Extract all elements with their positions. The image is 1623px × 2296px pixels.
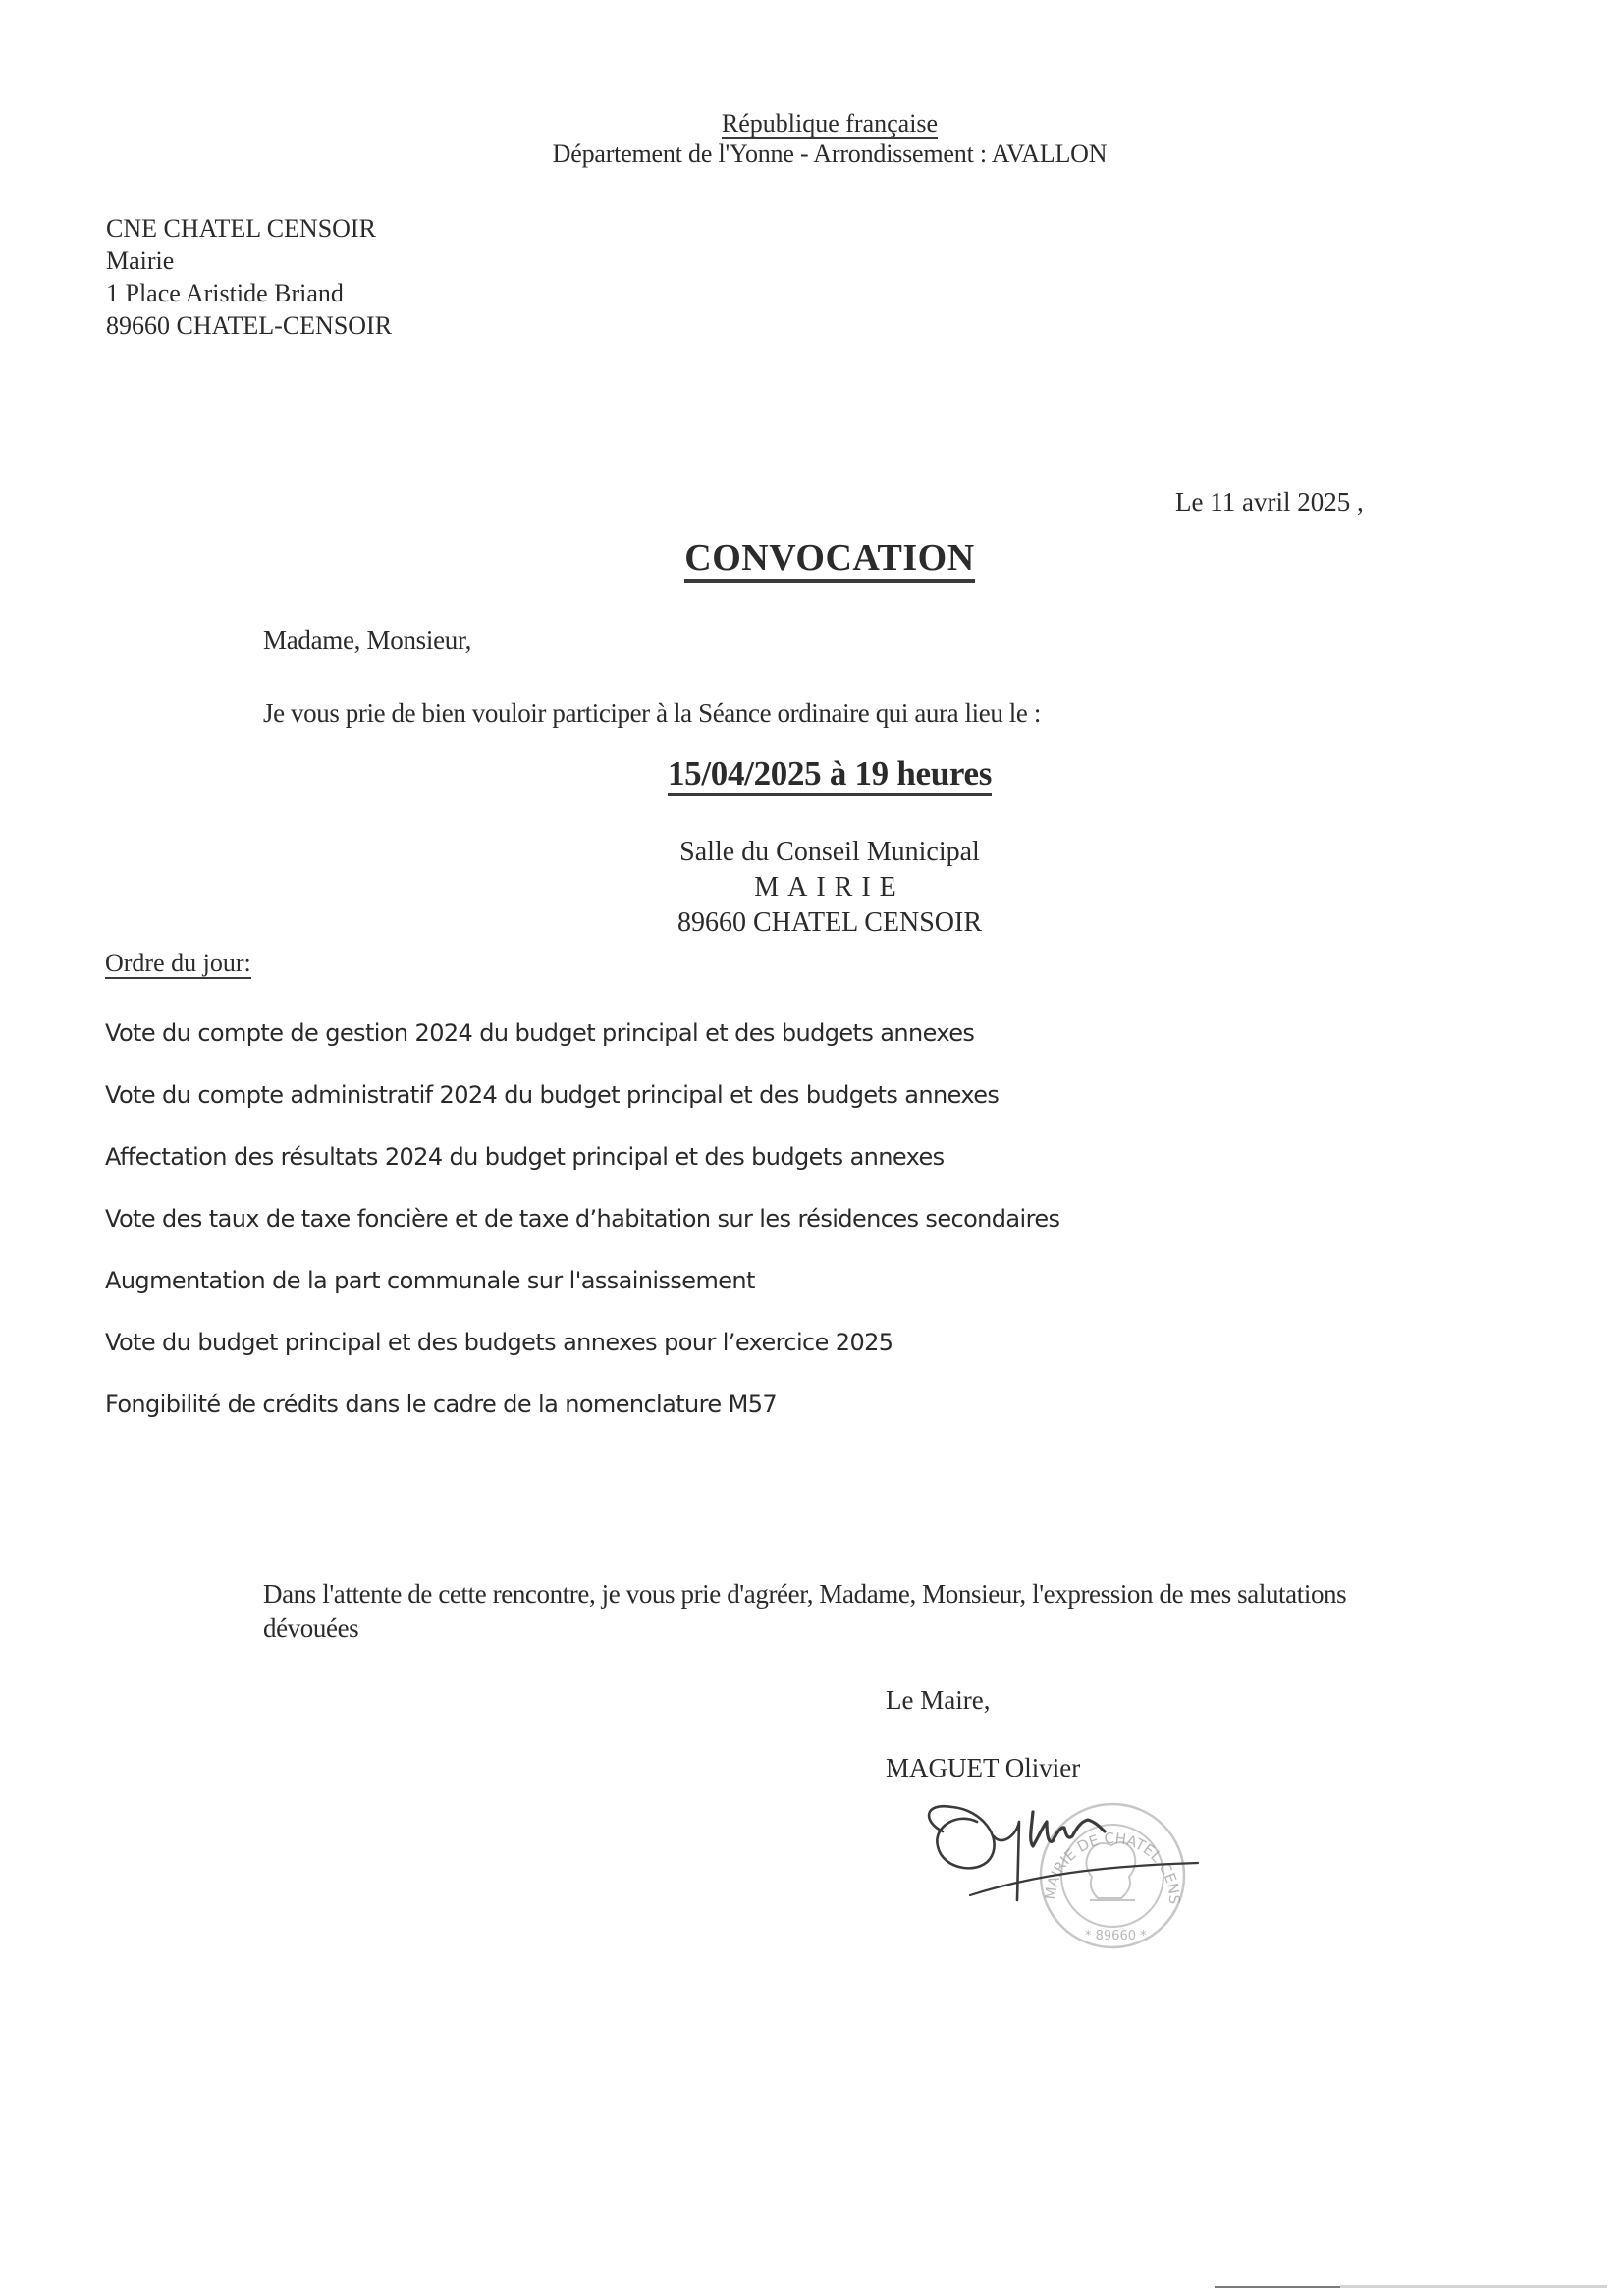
sender-line-4: 89660 CHATEL-CENSOIR — [106, 309, 392, 342]
location-city: 89660 CHATEL CENSOIR — [0, 907, 1623, 939]
agenda-heading: Ordre du jour: — [105, 949, 251, 978]
document-title-text: CONVOCATION — [684, 537, 974, 583]
stamp-text-bottom: * 89660 * — [1085, 1929, 1147, 1943]
signature-and-stamp: MAIRIE DE CHATEL CENSOIR * 89660 * — [903, 1792, 1217, 1979]
sender-line-1: CNE CHATEL CENSOIR — [106, 212, 376, 245]
sender-line-2: Mairie — [106, 245, 174, 277]
agenda-item: Vote des taux de taxe foncière et de tax… — [105, 1205, 1059, 1232]
salutation: Madame, Monsieur, — [263, 626, 471, 656]
closing-paragraph: Dans l'attente de cette rencontre, je vo… — [263, 1577, 1422, 1646]
location-building: MAIRIE — [0, 872, 1623, 903]
letter-date: Le 11 avril 2025 , — [1175, 487, 1364, 518]
agenda-item: Augmentation de la part communale sur l'… — [105, 1267, 755, 1294]
agenda-item: Fongibilité de crédits dans le cadre de … — [105, 1391, 777, 1418]
official-stamp-icon: MAIRIE DE CHATEL CENSOIR * 89660 * — [903, 1792, 1217, 1979]
agenda-item: Vote du budget principal et des budgets … — [105, 1329, 893, 1356]
meeting-datetime-text: 15/04/2025 à 19 heures — [668, 754, 992, 796]
agenda-item: Vote du compte administratif 2024 du bud… — [105, 1081, 999, 1109]
signatory-title: Le Maire, — [886, 1685, 990, 1716]
footer-divider — [1215, 2286, 1607, 2289]
invitation-text: Je vous prie de bien vouloir participer … — [263, 698, 1041, 729]
location-room: Salle du Conseil Municipal — [0, 837, 1623, 868]
republic-heading: République française — [0, 109, 1623, 138]
agenda-heading-text: Ordre du jour: — [105, 949, 251, 979]
document-title: CONVOCATION — [0, 536, 1623, 579]
agenda-item: Vote du compte de gestion 2024 du budget… — [105, 1019, 974, 1047]
sender-line-3: 1 Place Aristide Briand — [106, 277, 344, 309]
signatory-name: MAGUET Olivier — [886, 1753, 1080, 1783]
republic-heading-text: République française — [722, 109, 938, 139]
meeting-datetime: 15/04/2025 à 19 heures — [0, 754, 1623, 793]
department-line: Département de l'Yonne - Arrondissement … — [0, 139, 1623, 169]
agenda-item: Affectation des résultats 2024 du budget… — [105, 1143, 945, 1171]
